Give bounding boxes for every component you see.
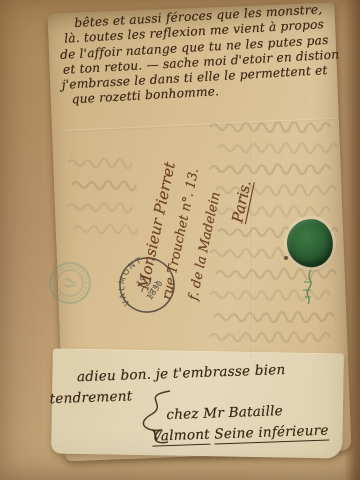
place-name: Valmont	[152, 426, 210, 446]
photo-frame: bêtes et aussi féroces que les monstre, …	[0, 0, 360, 480]
postscript-block: bêtes et aussi féroces que les monstre, …	[58, 1, 357, 109]
address-block: Monsieur Pierret rue Trouchet n°. 13. f.…	[131, 125, 261, 331]
closing-block: adieu bon. je t'embrasse bien tendrement…	[47, 358, 352, 450]
region-name: Seine inférieure	[214, 422, 329, 444]
seal-squiggle	[299, 268, 321, 306]
ink-dot	[284, 256, 288, 260]
